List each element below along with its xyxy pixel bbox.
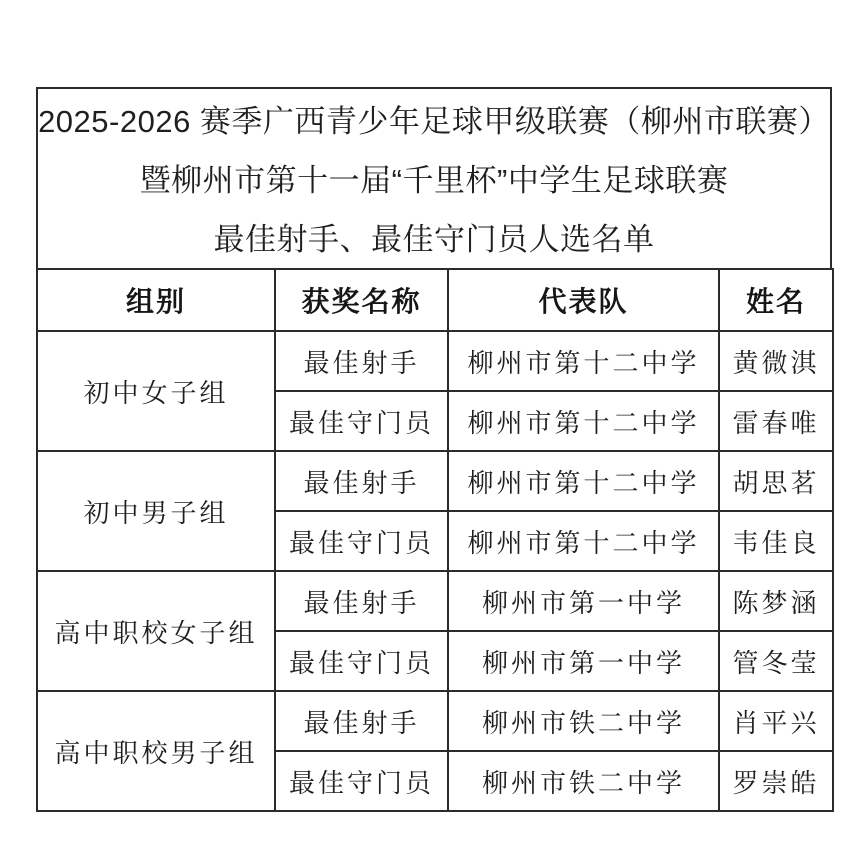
award-cell: 最佳射手 — [275, 331, 448, 391]
award-table: 组别 获奖名称 代表队 姓名 初中女子组 最佳射手 柳州市第十二中学 黄微淇 最… — [36, 268, 834, 812]
table-row: 高中职校男子组 最佳射手 柳州市铁二中学 肖平兴 — [37, 691, 833, 751]
header-award: 获奖名称 — [275, 269, 448, 331]
title-line-1: 2025-2026 赛季广西青少年足球甲级联赛（柳州市联赛） — [38, 92, 830, 151]
award-cell: 最佳守门员 — [275, 751, 448, 811]
table-row: 高中职校女子组 最佳射手 柳州市第一中学 陈梦涵 — [37, 571, 833, 631]
team-cell: 柳州市铁二中学 — [448, 691, 719, 751]
title-line-3: 最佳射手、最佳守门员人选名单 — [214, 210, 655, 269]
header-name: 姓名 — [719, 269, 833, 331]
award-cell: 最佳射手 — [275, 691, 448, 751]
group-cell: 初中女子组 — [37, 331, 275, 451]
header-group: 组别 — [37, 269, 275, 331]
award-cell: 最佳射手 — [275, 451, 448, 511]
team-cell: 柳州市第十二中学 — [448, 391, 719, 451]
header-team: 代表队 — [448, 269, 719, 331]
award-cell: 最佳守门员 — [275, 391, 448, 451]
team-cell: 柳州市第一中学 — [448, 571, 719, 631]
name-cell: 韦佳良 — [719, 511, 833, 571]
name-cell: 肖平兴 — [719, 691, 833, 751]
document-title-block: 2025-2026 赛季广西青少年足球甲级联赛（柳州市联赛） 暨柳州市第十一届“… — [36, 87, 832, 268]
team-cell: 柳州市铁二中学 — [448, 751, 719, 811]
team-cell: 柳州市第十二中学 — [448, 451, 719, 511]
group-cell: 高中职校女子组 — [37, 571, 275, 691]
name-cell: 陈梦涵 — [719, 571, 833, 631]
award-cell: 最佳守门员 — [275, 631, 448, 691]
award-document: 2025-2026 赛季广西青少年足球甲级联赛（柳州市联赛） 暨柳州市第十一届“… — [36, 87, 832, 812]
title-line-2: 暨柳州市第十一届“千里杯”中学生足球联赛 — [140, 151, 729, 210]
group-cell: 高中职校男子组 — [37, 691, 275, 811]
award-cell: 最佳守门员 — [275, 511, 448, 571]
name-cell: 雷春唯 — [719, 391, 833, 451]
name-cell: 罗崇皓 — [719, 751, 833, 811]
name-cell: 胡思茗 — [719, 451, 833, 511]
team-cell: 柳州市第一中学 — [448, 631, 719, 691]
award-cell: 最佳射手 — [275, 571, 448, 631]
name-cell: 黄微淇 — [719, 331, 833, 391]
table-row: 初中男子组 最佳射手 柳州市第十二中学 胡思茗 — [37, 451, 833, 511]
name-cell: 管冬莹 — [719, 631, 833, 691]
table-row: 初中女子组 最佳射手 柳州市第十二中学 黄微淇 — [37, 331, 833, 391]
team-cell: 柳州市第十二中学 — [448, 511, 719, 571]
team-cell: 柳州市第十二中学 — [448, 331, 719, 391]
group-cell: 初中男子组 — [37, 451, 275, 571]
header-row: 组别 获奖名称 代表队 姓名 — [37, 269, 833, 331]
